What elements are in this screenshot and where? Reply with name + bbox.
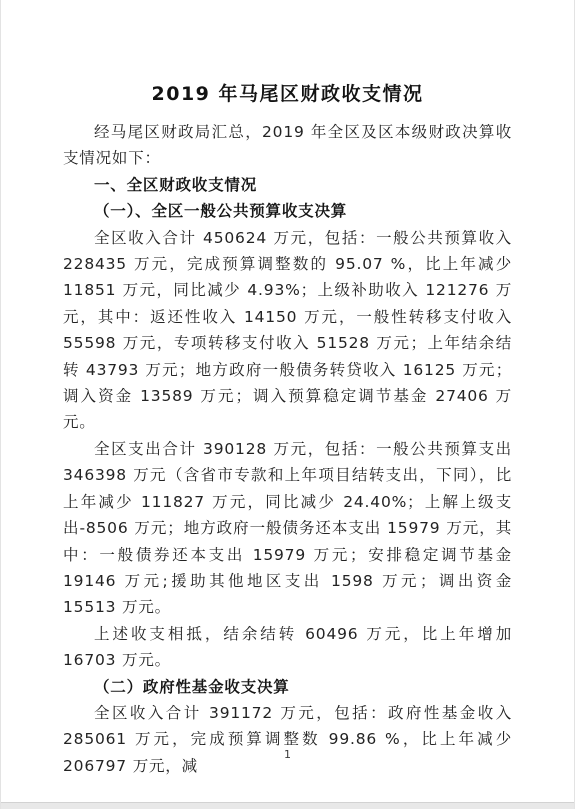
section-heading-1-1: （一）、全区一般公共预算收支决算 [63,198,512,224]
document-viewport: 2019 年马尾区财政收支情况 经马尾区财政局汇总，2019 年全区及区本级财政… [0,0,575,809]
section-heading-1-2: （二）政府性基金收支决算 [63,674,512,700]
paragraph-balance: 上述收支相抵，结余结转 60496 万元，比上年增加 16703 万元。 [63,621,512,674]
paragraph-intro: 经马尾区财政局汇总，2019 年全区及区本级财政决算收支情况如下： [63,119,512,172]
document-page: 2019 年马尾区财政收支情况 经马尾区财政局汇总，2019 年全区及区本级财政… [0,0,575,809]
page-content: 2019 年马尾区财政收支情况 经马尾区财政局汇总，2019 年全区及区本级财政… [63,82,512,779]
document-title: 2019 年马尾区财政收支情况 [63,82,512,106]
page-gap [1,802,574,809]
section-heading-1: 一、全区财政收支情况 [63,172,512,198]
paragraph-government-fund-revenue: 全区收入合计 391172 万元，包括：政府性基金收入 285061 万元，完成… [63,700,512,779]
paragraph-general-budget-revenue: 全区收入合计 450624 万元，包括：一般公共预算收入 228435 万元，完… [63,225,512,436]
page-number: 1 [1,748,574,761]
paragraph-general-budget-expenditure: 全区支出合计 390128 万元，包括：一般公共预算支出 346398 万元（含… [63,436,512,621]
